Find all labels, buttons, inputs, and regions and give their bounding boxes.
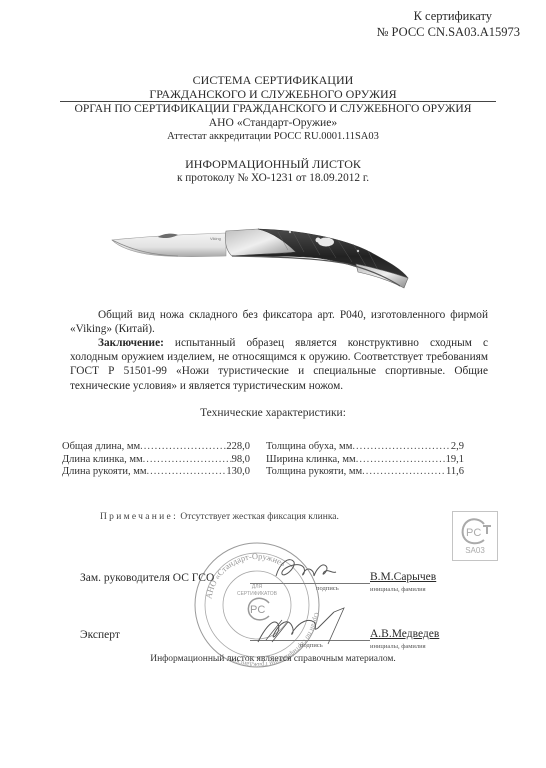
note-text: Отсутствует жесткая фиксация клинка. [180,512,339,522]
certification-body: ОРГАН ПО СЕРТИФИКАЦИИ ГРАЖДАНСКОГО И СЛУ… [0,102,546,144]
spec-value: 19,1 [446,454,464,467]
spec-label: Длина клинка, мм [62,454,143,467]
protocol-reference: к протоколу № ХО-1231 от 18.09.2012 г. [0,171,546,185]
spec-row: Общая длина, мм228,0 [62,441,250,454]
folding-knife-image: Viking [108,218,438,308]
specs-right-column: Толщина обуха, мм2,9 Ширина клинка, мм19… [266,441,464,479]
spec-label: Толщина обуха, мм [266,441,352,454]
note: Примечание: Отсутствует жесткая фиксация… [100,512,339,522]
general-view-text: Общий вид ножа складного без фиксатора а… [70,309,488,335]
conclusion-paragraph: Заключение: испытанный образец является … [70,336,488,393]
signature-role-2: Эксперт [80,629,120,641]
spec-value: 228,0 [226,441,250,454]
specs-table: Общая длина, мм228,0 Длина клинка, мм98,… [0,441,546,481]
spec-row: Толщина обуха, мм2,9 [266,441,464,454]
spec-row: Толщина рукояти, мм11,6 [266,466,464,479]
signatory-name-1: В.М.Сарычев [370,571,436,583]
spec-label: Ширина клинка, мм [266,454,356,467]
specs-left-column: Общая длина, мм228,0 Длина клинка, мм98,… [62,441,250,479]
signature-1-icon [270,552,340,584]
spec-value: 2,9 [451,441,464,454]
spec-label: Общая длина, мм [62,441,140,454]
accreditation-number: Аттестат аккредитации РОСС RU.0001.11SA0… [0,130,546,144]
spec-value: 98,0 [232,454,250,467]
conformity-mark: PC SA03 [452,511,498,561]
spec-row: Ширина клинка, мм19,1 [266,454,464,467]
organ-name: ОРГАН ПО СЕРТИФИКАЦИИ ГРАЖДАНСКОГО И СЛУ… [0,102,546,116]
signatory-name-2: А.В.Медведев [370,628,439,640]
system-title-line1: СИСТЕМА СЕРТИФИКАЦИИ [0,73,546,87]
certificate-number: № РОСС CN.SA03.A15973 [376,24,520,40]
certificate-reference: К сертификату № РОСС CN.SA03.A15973 [376,8,520,40]
general-view-paragraph: Общий вид ножа складного без фиксатора а… [70,308,488,336]
note-label: Примечание: [100,512,178,522]
signature-2-icon [252,604,352,654]
signature-role-1: Зам. руководителя ОС ГСО [80,572,214,584]
spec-value: 130,0 [226,466,250,479]
footer-note: Информационный листок является справочны… [0,654,546,664]
mark-code: SA03 [453,546,497,555]
certificate-ref-line1: К сертификату [376,8,520,24]
svg-text:СЕРТИФИКАТОВ: СЕРТИФИКАТОВ [237,591,278,597]
system-title: СИСТЕМА СЕРТИФИКАЦИИ ГРАЖДАНСКОГО И СЛУЖ… [0,73,546,101]
spec-row: Длина клинка, мм98,0 [62,454,250,467]
specs-title: Технические характеристики: [0,407,546,419]
system-title-line2: ГРАЖДАНСКОГО И СЛУЖЕБНОГО ОРУЖИЯ [0,87,546,101]
name-caption-2: инициалы, фамилия [370,643,426,650]
spec-label: Толщина рукояти, мм [266,466,362,479]
organization-name: АНО «Стандарт-Оружие» [0,116,546,130]
svg-text:ДЛЯ: ДЛЯ [252,584,263,590]
conclusion-label: Заключение: [98,337,164,349]
info-sheet-heading: ИНФОРМАЦИОННЫЙ ЛИСТОК к протоколу № ХО-1… [0,157,546,185]
svg-text:Viking: Viking [210,236,221,241]
signature-caption-1: подпись [316,585,339,592]
spec-value: 11,6 [446,466,464,479]
info-sheet-title: ИНФОРМАЦИОННЫЙ ЛИСТОК [0,157,546,171]
spec-label: Длина рукояти, мм [62,466,146,479]
name-caption-1: инициалы, фамилия [370,586,426,593]
spec-row: Длина рукояти, мм130,0 [62,466,250,479]
svg-text:PC: PC [466,527,481,539]
